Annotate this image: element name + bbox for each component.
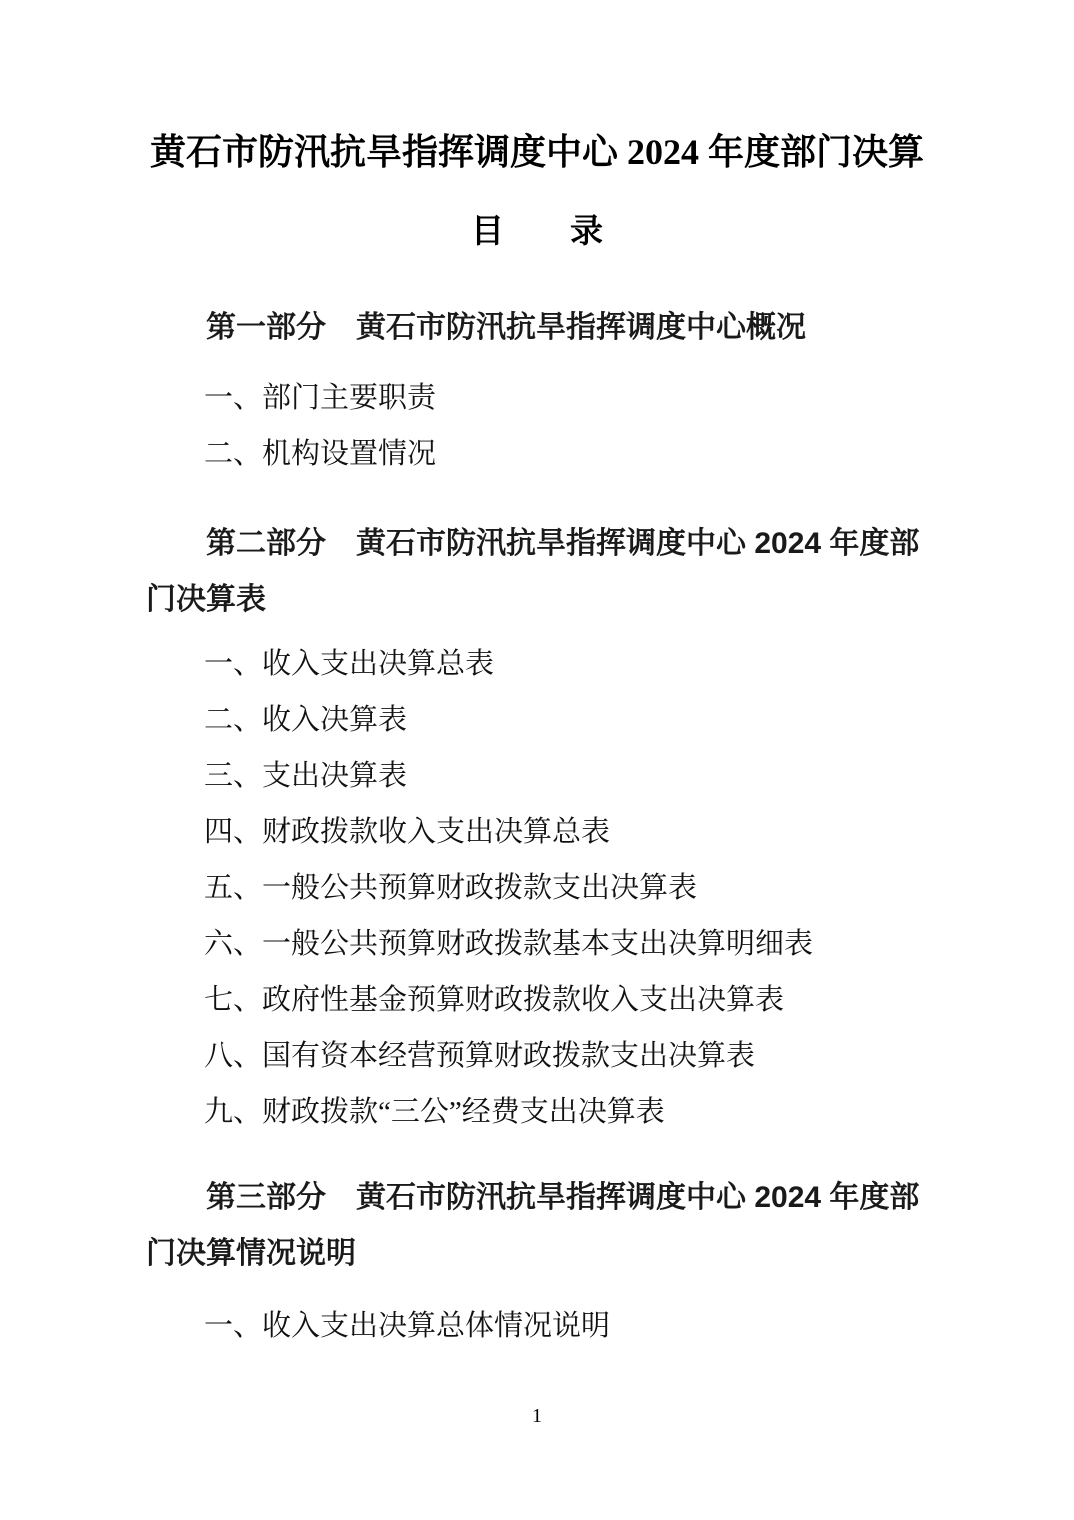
section-2: 第二部分 黄石市防汛抗旱指挥调度中心 2024 年度部门决算表 一、收入支出决算…: [146, 516, 928, 1140]
toc-heading: 目 录: [146, 210, 928, 254]
section-3: 第三部分 黄石市防汛抗旱指挥调度中心 2024 年度部门决算情况说明 一、收入支…: [146, 1170, 928, 1354]
toc-item: 九、财政拨款“三公”经费支出决算表: [146, 1084, 928, 1140]
toc-item: 七、政府性基金预算财政拨款收入支出决算表: [146, 972, 928, 1028]
document-title: 黄石市防汛抗旱指挥调度中心 2024 年度部门决算: [146, 128, 928, 176]
toc-item: 二、收入决算表: [146, 692, 928, 748]
toc-item: 二、机构设置情况: [146, 426, 928, 482]
page-number: 1: [0, 1404, 1074, 1428]
section-2-heading: 第二部分 黄石市防汛抗旱指挥调度中心 2024 年度部门决算表: [146, 516, 928, 628]
section-3-heading: 第三部分 黄石市防汛抗旱指挥调度中心 2024 年度部门决算情况说明: [146, 1170, 928, 1282]
toc-item: 八、国有资本经营预算财政拨款支出决算表: [146, 1028, 928, 1084]
toc-item: 四、财政拨款收入支出决算总表: [146, 804, 928, 860]
document-page: 黄石市防汛抗旱指挥调度中心 2024 年度部门决算 目 录 第一部分 黄石市防汛…: [0, 0, 1074, 1520]
section-1-heading: 第一部分 黄石市防汛抗旱指挥调度中心概况: [146, 300, 928, 356]
toc-item: 一、部门主要职责: [146, 370, 928, 426]
toc-item: 一、收入支出决算总表: [146, 636, 928, 692]
toc-item: 一、收入支出决算总体情况说明: [146, 1298, 928, 1354]
toc-item: 六、一般公共预算财政拨款基本支出决算明细表: [146, 916, 928, 972]
section-2-items: 一、收入支出决算总表 二、收入决算表 三、支出决算表 四、财政拨款收入支出决算总…: [146, 636, 928, 1140]
toc-item: 三、支出决算表: [146, 748, 928, 804]
section-1-items: 一、部门主要职责 二、机构设置情况: [146, 370, 928, 482]
toc-item: 五、一般公共预算财政拨款支出决算表: [146, 860, 928, 916]
section-1: 第一部分 黄石市防汛抗旱指挥调度中心概况 一、部门主要职责 二、机构设置情况: [146, 300, 928, 482]
section-3-items: 一、收入支出决算总体情况说明: [146, 1298, 928, 1354]
